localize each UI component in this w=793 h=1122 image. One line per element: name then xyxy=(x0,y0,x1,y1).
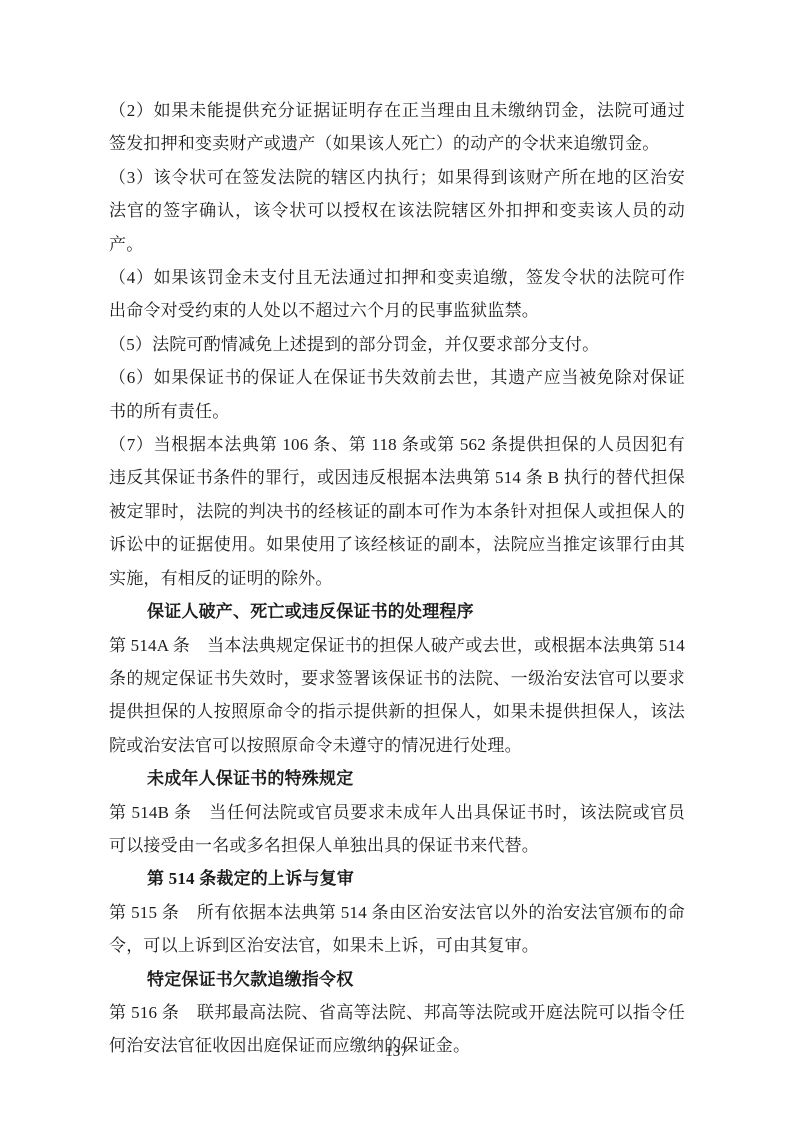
page-number: 137 xyxy=(0,1042,793,1062)
paragraph-clause-6: （6）如果保证书的保证人在保证书失效前去世，其遗产应当被免除对保证书的所有责任。 xyxy=(109,361,685,428)
paragraph-clause-7: （7）当根据本法典第 106 条、第 118 条或第 562 条提供担保的人员因… xyxy=(109,428,685,595)
document-page: （2）如果未能提供充分证据证明存在正当理由且未缴纳罚金，法院可通过签发扣押和变卖… xyxy=(0,0,793,1122)
section-heading-surety-insolvency: 保证人破产、死亡或违反保证书的处理程序 xyxy=(109,595,685,628)
section-heading-recovery-power: 特定保证书欠款追缴指令权 xyxy=(109,963,685,996)
paragraph-clause-5: （5）法院可酌情减免上述提到的部分罚金，并仅要求部分支付。 xyxy=(109,328,685,361)
paragraph-clause-3: （3）该令状可在签发法院的辖区内执行；如果得到该财产所在地的区治安法官的签字确认… xyxy=(109,161,685,261)
paragraph-clause-4: （4）如果该罚金未支付且无法通过扣押和变卖追缴，签发令状的法院可作出命令对受约束… xyxy=(109,261,685,328)
paragraph-section-515: 第 515 条 所有依据本法典第 514 条由区治安法官以外的治安法官颁布的命令… xyxy=(109,896,685,963)
paragraph-section-514b: 第 514B 条 当任何法院或官员要求未成年人出具保证书时，该法院或官员可以接受… xyxy=(109,796,685,863)
paragraph-section-514a: 第 514A 条 当本法典规定保证书的担保人破产或去世，或根据本法典第 514 … xyxy=(109,629,685,763)
document-body: （2）如果未能提供充分证据证明存在正当理由且未缴纳罚金，法院可通过签发扣押和变卖… xyxy=(109,94,685,1063)
section-heading-appeal-review: 第 514 条裁定的上诉与复审 xyxy=(109,862,685,895)
section-heading-minor-bond: 未成年人保证书的特殊规定 xyxy=(109,762,685,795)
paragraph-clause-2: （2）如果未能提供充分证据证明存在正当理由且未缴纳罚金，法院可通过签发扣押和变卖… xyxy=(109,94,685,161)
